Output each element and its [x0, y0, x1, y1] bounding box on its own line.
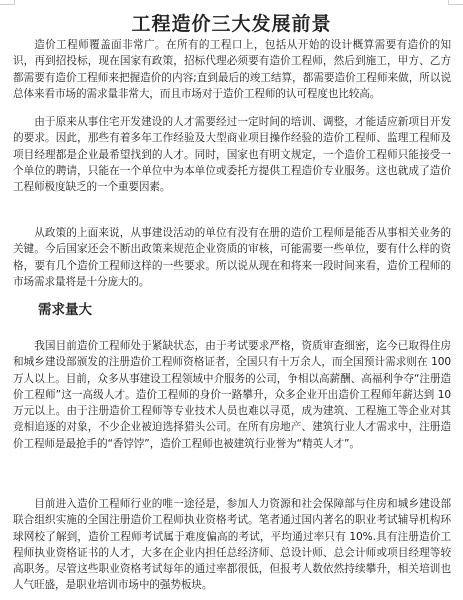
crop-mark-top-right: [448, 0, 463, 5]
document-page: 工程造价三大发展前景 造价工程师覆盖面非常广。在所有的工程口上，包括从开始的设计…: [0, 0, 463, 600]
paragraph-demand-status: 我国目前造价工程师处于紧缺状态，由于考试要求严格，资质审查细密，迄今已取得住房和…: [13, 338, 451, 452]
paragraph-coverage: 造价工程师覆盖面非常广。在所有的工程口上，包括从开始的设计概算需要有造价的知识，…: [13, 37, 451, 102]
document-title: 工程造价三大发展前景: [0, 9, 463, 36]
paragraph-talent-shortage: 由于原来从事住宅开发建设的人才需要经过一定时间的培训、调整，才能适应新项目开发的…: [13, 114, 451, 195]
crop-mark-top-left: [0, 0, 15, 5]
section-heading-demand: 需求量大: [38, 298, 92, 318]
paragraph-policy: 从政策的上面来说，从事建设活动的单位有没有在册的造价工程师是能否从事相关业务的关…: [13, 225, 451, 290]
paragraph-entry-path: 目前进入造价工程师行业的唯一途径是，参加人力资源和社会保障部与住房和城乡建设部联…: [13, 496, 451, 594]
